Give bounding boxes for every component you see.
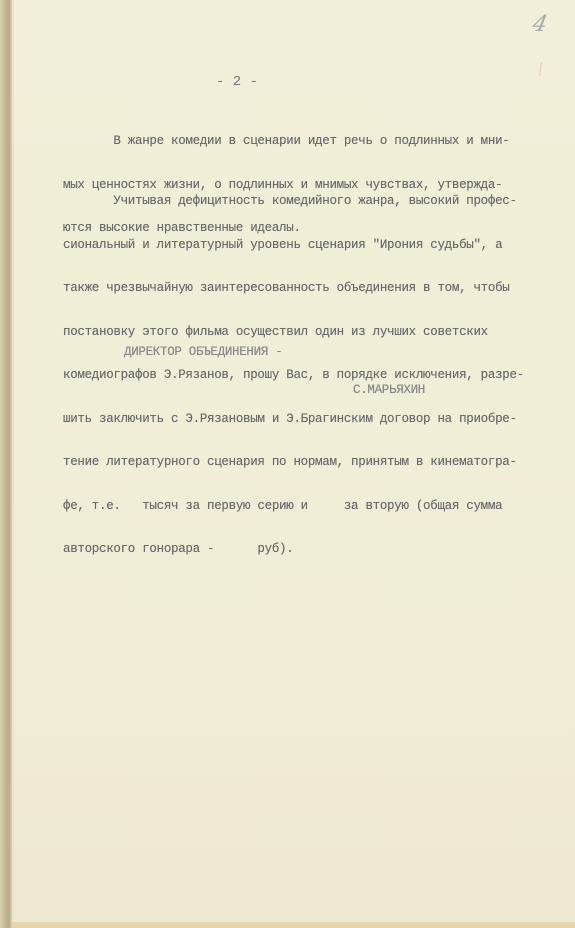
page-number: - 2 - <box>216 74 258 90</box>
text-line: авторского гонорара - руб). <box>63 542 524 557</box>
paragraph-request: Учитывая дефицитность комедийного жанра,… <box>63 165 524 586</box>
text-line: постановку этого фильма осуществил один … <box>63 325 524 340</box>
binding-edge <box>12 0 14 928</box>
red-pencil-mark <box>539 62 542 76</box>
text-line: В жанре комедии в сценарии идет речь о п… <box>63 134 509 149</box>
page-bottom-edge <box>12 922 575 928</box>
text-line: сиональный и литературный уровень сценар… <box>63 238 524 253</box>
handwritten-folio-number: 4 <box>530 12 549 37</box>
text-line: тение литературного сценария по нормам, … <box>63 455 524 470</box>
text-line: также чрезвычайную заинтересованность об… <box>63 281 524 296</box>
signature-title: ДИРЕКТОР ОБЪЕДИНЕНИЯ - <box>124 345 282 360</box>
document-page: 4 - 2 - В жанре комедии в сценарии идет … <box>0 0 575 928</box>
text-line: комедиографов Э.Рязанов, прошу Вас, в по… <box>63 368 524 383</box>
text-line: шить заключить с Э.Рязановым и Э.Брагинс… <box>63 412 524 427</box>
binding-strip <box>0 0 12 928</box>
signature-name: С.МАРЬЯХИН <box>353 383 425 398</box>
text-line: фе, т.е. тысяч за первую серию и за втор… <box>63 499 524 514</box>
text-line: Учитывая дефицитность комедийного жанра,… <box>63 194 524 209</box>
